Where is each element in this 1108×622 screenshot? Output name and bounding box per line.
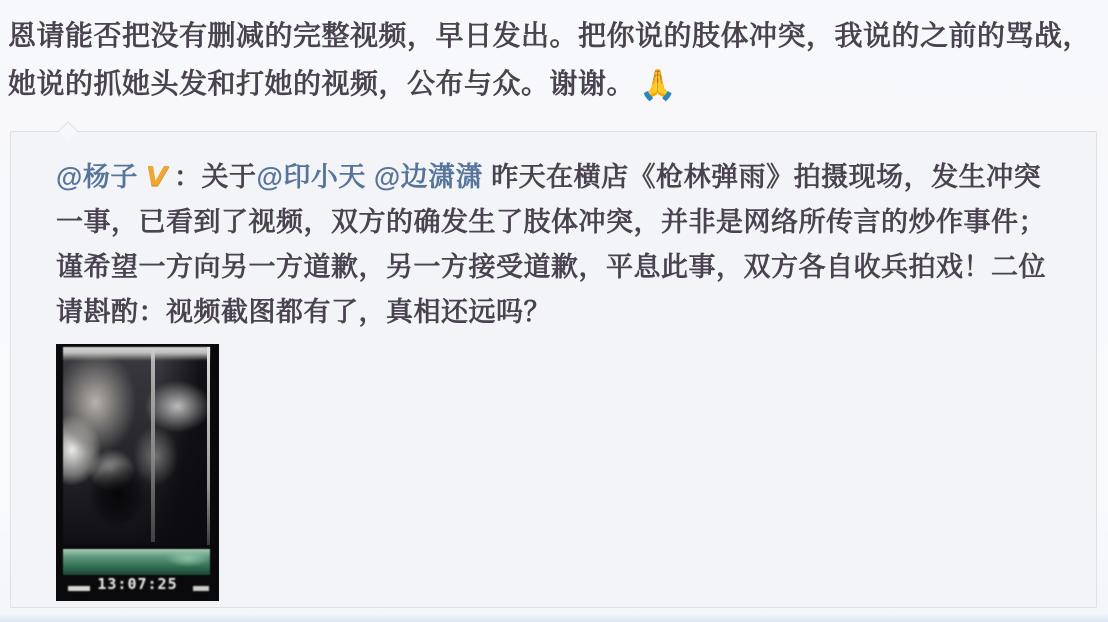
quote-bubble-notch — [58, 121, 78, 141]
post-text-content: 恩请能否把没有删减的完整视频，早日发出。把你说的肢体冲突，我说的之前的骂战，她说… — [8, 20, 1091, 99]
dark-figure-silhouette — [90, 462, 146, 526]
mention-yinxiaotian-link[interactable]: @印小天 — [257, 162, 366, 192]
verified-gold-v-icon: V — [146, 155, 168, 198]
folded-hands-emoji: 🙏 — [639, 69, 677, 102]
mention-spacer — [366, 162, 374, 192]
quote-separator: ： — [174, 162, 202, 192]
quote-text: @杨子V：关于@印小天 @边潇潇 昨天在横店《枪林弹雨》拍摄现场，发生冲突一事，… — [56, 154, 1058, 335]
mention-yangzi-link[interactable]: @杨子 — [56, 162, 138, 192]
weibo-post-screenshot: { "post": { "text": "恩请能否把没有删减的完整视频，早日发出… — [0, 0, 1108, 622]
mention-spacer — [483, 162, 491, 192]
mention-bianxiaoxiao-link[interactable]: @边潇潇 — [374, 162, 483, 192]
screen-frame-edge — [207, 347, 210, 545]
quote-text-prefix: 关于 — [202, 162, 257, 192]
timestamp-right-mark — [193, 586, 209, 591]
quoted-post[interactable]: @杨子V：关于@印小天 @边潇潇 昨天在横店《枪林弹雨》拍摄现场，发生冲突一事，… — [10, 131, 1097, 608]
doorframe-highlight — [151, 350, 155, 542]
post-text: 恩请能否把没有删减的完整视频，早日发出。把你说的肢体冲突，我说的之前的骂战，她说… — [8, 12, 1092, 110]
green-landscape-strip — [63, 549, 210, 575]
quoted-video-screenshot[interactable]: 13:07:25 — [56, 344, 219, 601]
bottom-edge-band — [0, 614, 1108, 622]
